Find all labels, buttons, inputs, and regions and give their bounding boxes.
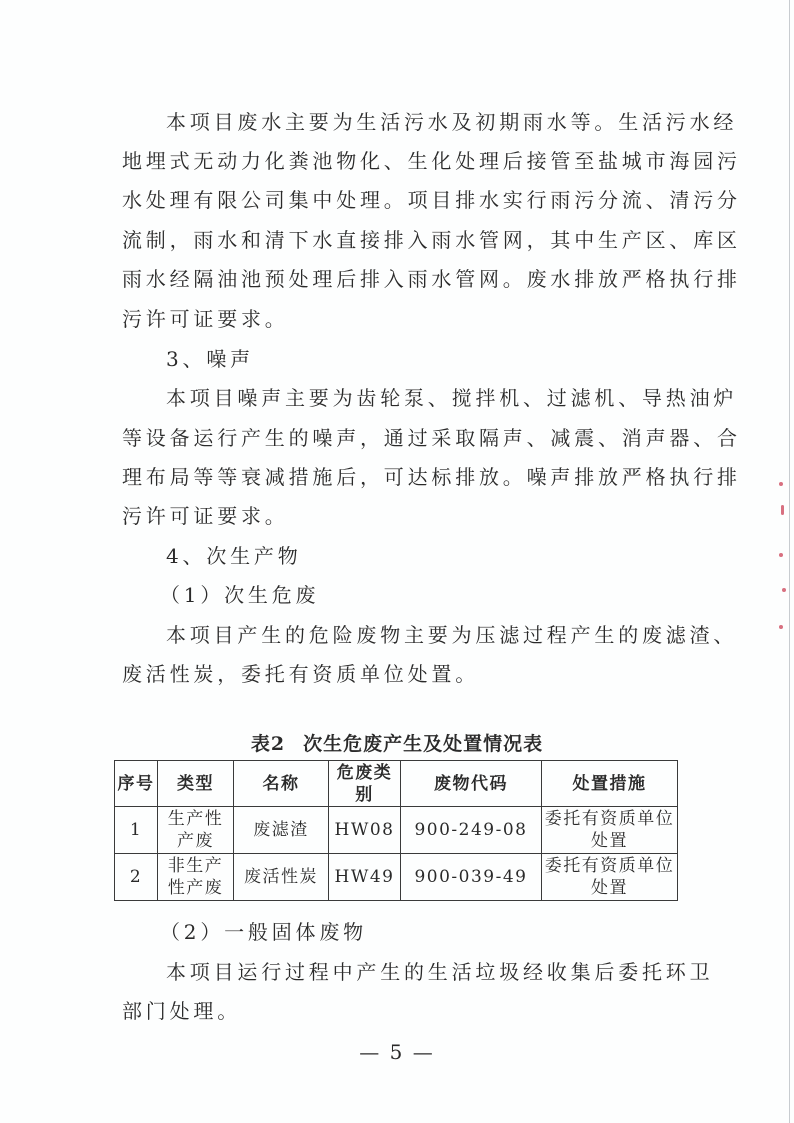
hazardous-heading: （1）次生危废 (160, 583, 319, 607)
header-cell: 处置措施 (542, 761, 678, 807)
text-line: 本项目产生的危险废物主要为压滤过程产生的废滤渣、 (166, 623, 737, 647)
cell-type: 生产性产废 (158, 807, 234, 854)
cell-disposal: 委托有资质单位处置 (542, 854, 678, 901)
table-header-row: 序号 类型 名称 危废类别 废物代码 处置措施 (115, 761, 678, 807)
text-line: 流制，雨水和清下水直接排入雨水管网，其中生产区、库区 (122, 228, 741, 252)
text-line: 等设备运行产生的噪声，通过采取隔声、减震、消声器、合 (122, 426, 741, 450)
page-edge (789, 0, 790, 1123)
seal-mark (782, 588, 786, 592)
table-title: 次生危废产生及处置情况表 (303, 733, 543, 755)
cell-type: 非生产性产废 (158, 854, 234, 901)
text-line: 雨水经隔油池预处理后排入雨水管网。废水排放严格执行排 (122, 267, 741, 291)
table-row: 1 生产性产废 废滤渣 HW08 900-249-08 委托有资质单位处置 (115, 807, 678, 854)
cell-category: HW49 (329, 854, 401, 901)
header-label: 名称 (263, 774, 300, 794)
text-line: 部门处理。 (122, 999, 241, 1023)
header-label: 废物代码 (434, 774, 508, 794)
seal-mark (779, 482, 783, 486)
text-line: 本项目噪声主要为齿轮泵、搅拌机、过滤机、导热油炉 (166, 386, 737, 410)
text-line: 地埋式无动力化粪池物化、生化处理后接管至盐城市海园污 (122, 149, 741, 173)
header-label: 类型 (177, 774, 214, 794)
text-line: 本项目废水主要为生活污水及初期雨水等。生活污水经 (166, 110, 737, 134)
text-line: 废活性炭，委托有资质单位处置。 (122, 662, 479, 686)
seal-mark (779, 553, 783, 557)
header-label: 序号 (118, 774, 155, 794)
byproducts-heading: 4、次生产物 (166, 544, 302, 568)
header-cell: 类型 (158, 761, 234, 807)
cell-disposal: 委托有资质单位处置 (542, 807, 678, 854)
table-row: 2 非生产性产废 废活性炭 HW49 900-039-49 委托有资质单位处置 (115, 854, 678, 901)
header-cell: 危废类别 (329, 761, 401, 807)
seal-mark (781, 505, 784, 515)
text-line: 本项目运行过程中产生的生活垃圾经收集后委托环卫 (166, 960, 713, 984)
cell-index: 1 (115, 807, 158, 854)
text-line: 水处理有限公司集中处理。项目排水实行雨污分流、清污分 (122, 188, 741, 212)
header-cell: 名称 (234, 761, 329, 807)
cell-index: 2 (115, 854, 158, 901)
general-waste-heading: （2）一般固体废物 (160, 920, 367, 944)
table-number: 表2 (251, 733, 285, 755)
cell-name: 废滤渣 (234, 807, 329, 854)
seal-mark (779, 625, 783, 629)
text-line: 污许可证要求。 (122, 504, 289, 528)
cell-category: HW08 (329, 807, 401, 854)
text-line: 理布局等等衰减措施后，可达标排放。噪声排放严格执行排 (122, 465, 741, 489)
table-caption: 表2次生危废产生及处置情况表 (0, 732, 794, 756)
cell-name: 废活性炭 (234, 854, 329, 901)
header-label: 危废类别 (337, 763, 393, 805)
cell-code: 900-039-49 (401, 854, 542, 901)
page-number: — 5 — (0, 1040, 794, 1064)
noise-heading: 3、噪声 (166, 347, 254, 371)
hazardous-waste-table: 序号 类型 名称 危废类别 废物代码 处置措施 1 生产性产废 废滤渣 HW08… (114, 760, 678, 901)
header-cell: 序号 (115, 761, 158, 807)
header-label: 处置措施 (573, 774, 647, 794)
text-line: 污许可证要求。 (122, 307, 289, 331)
header-cell: 废物代码 (401, 761, 542, 807)
cell-code: 900-249-08 (401, 807, 542, 854)
